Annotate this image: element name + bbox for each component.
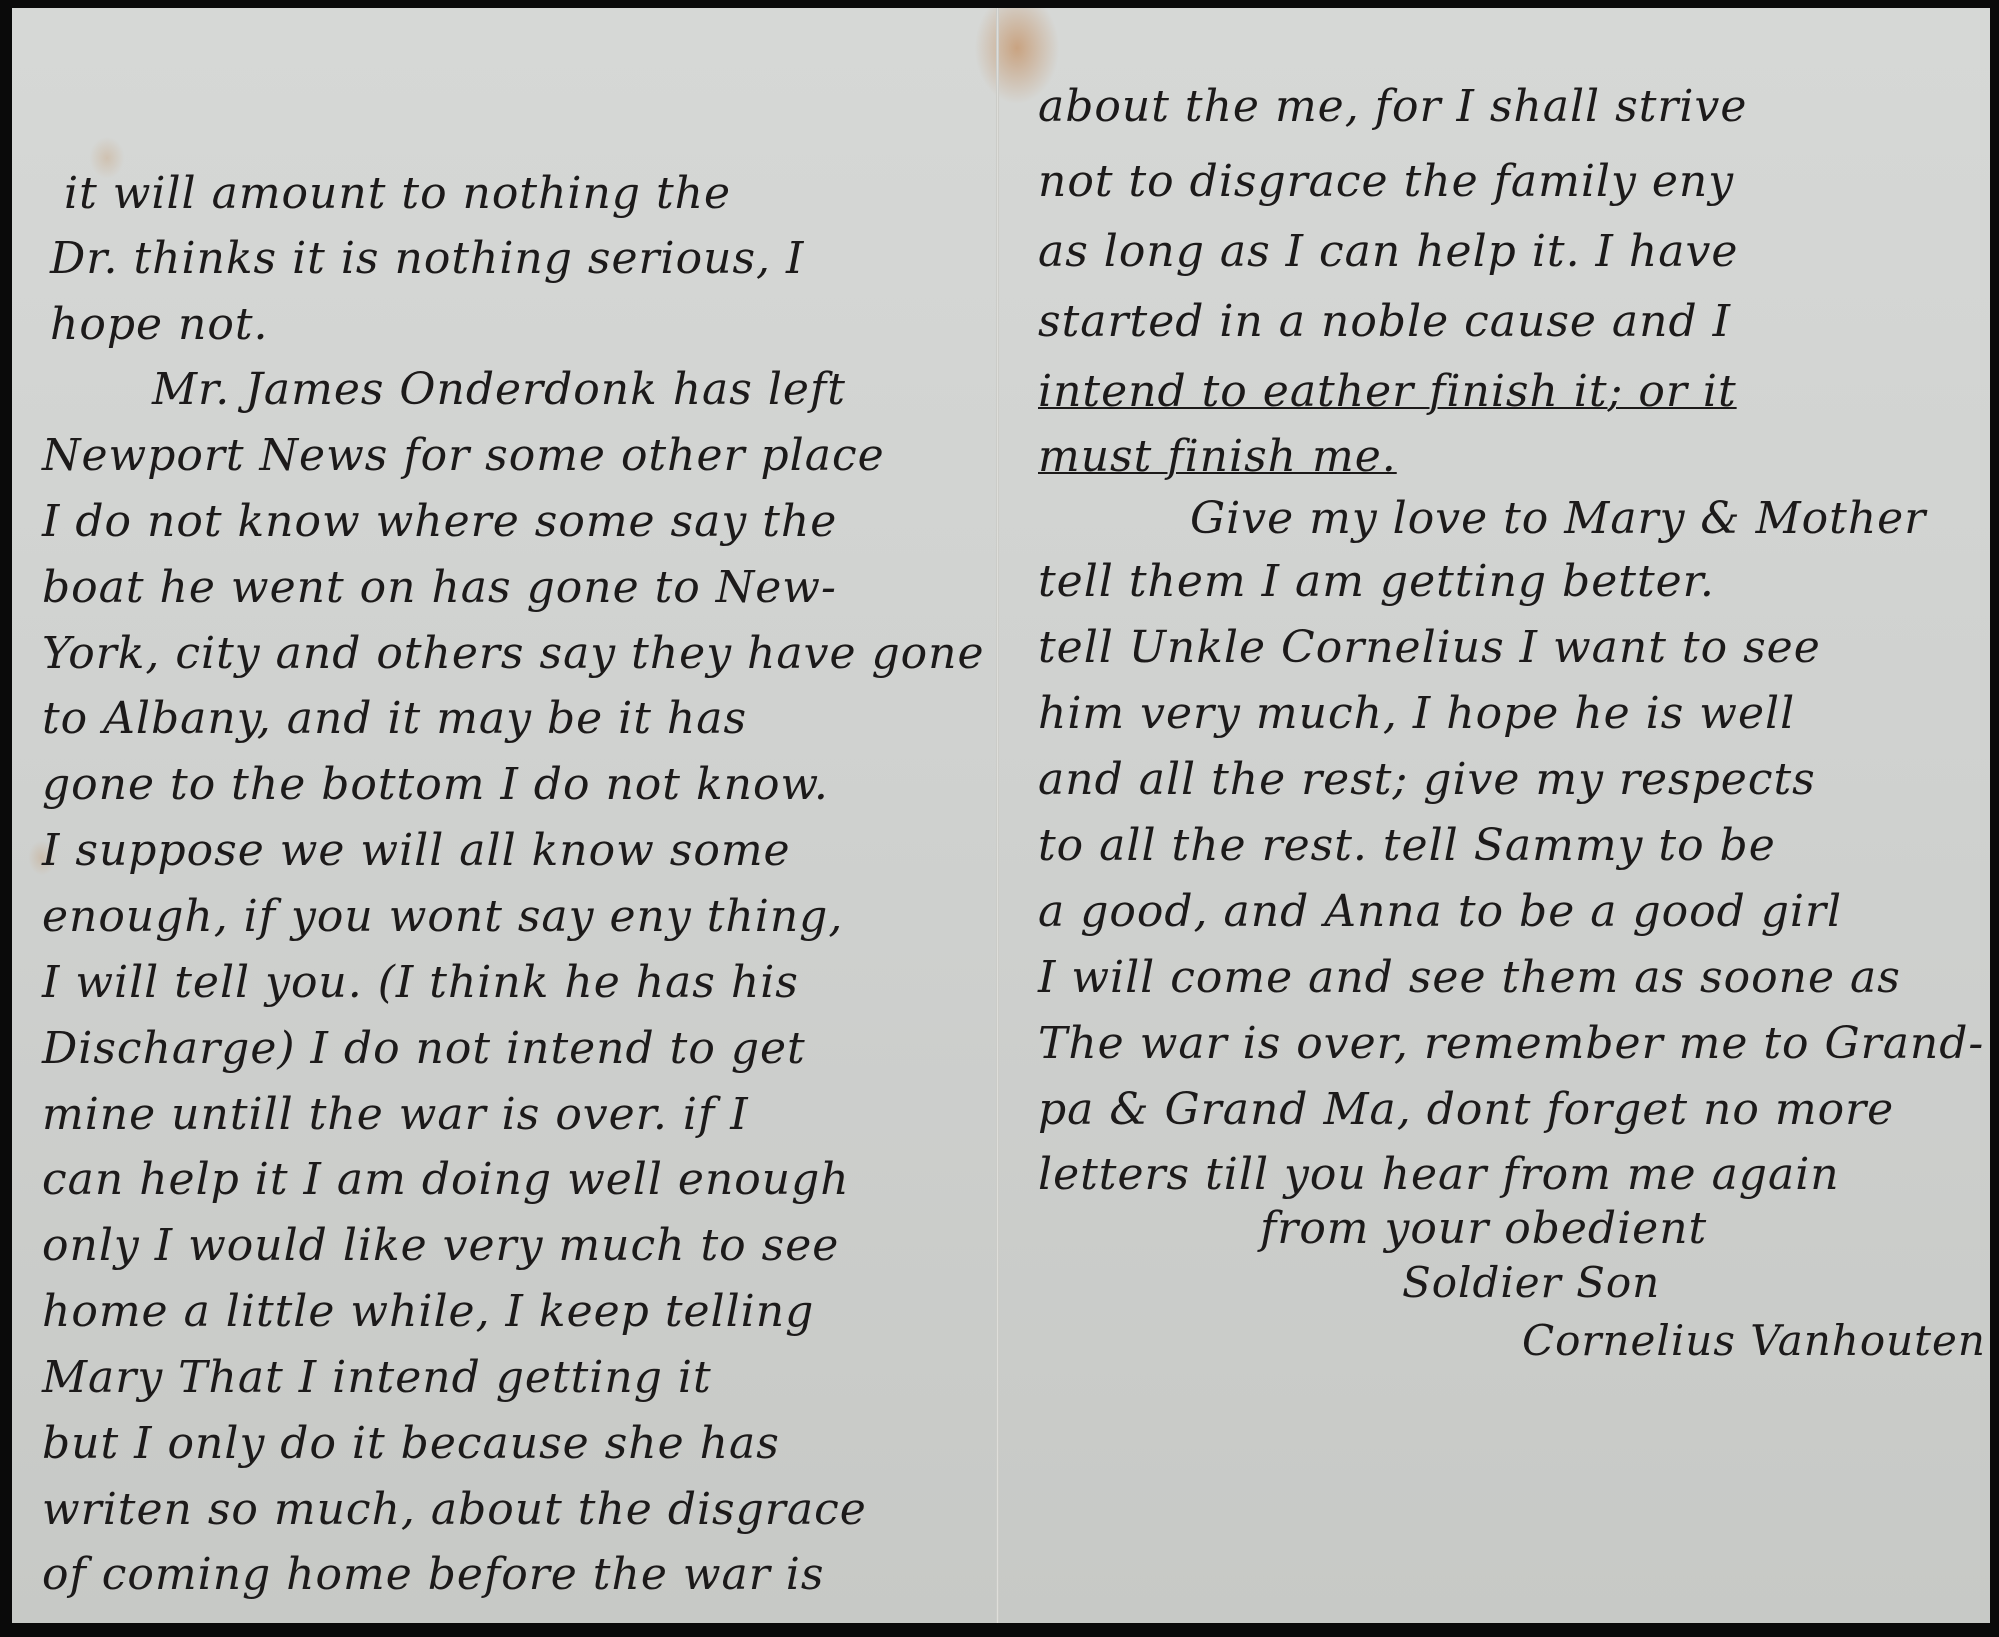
letter-line: letters till you hear from me again xyxy=(1038,1153,1840,1197)
letter-line: a good, and Anna to be a good girl xyxy=(1038,890,1842,934)
letter-line: only I would like very much to see xyxy=(42,1224,839,1268)
letter-line: about the me, for I shall strive xyxy=(1038,85,1747,129)
letter-line: Give my love to Mary & Mother xyxy=(1190,497,1926,541)
signature: Cornelius Vanhouten xyxy=(1522,1320,1986,1362)
letter-line: tell them I am getting better. xyxy=(1038,560,1715,604)
letter-line: writen so much, about the disgrace xyxy=(42,1488,867,1532)
letter-line: it will amount to nothing the xyxy=(64,172,731,216)
letter-line: I do not know where some say the xyxy=(42,500,837,544)
letter-line: can help it I am doing well enough xyxy=(42,1158,850,1202)
letter-line: I will tell you. (I think he has his xyxy=(42,961,799,1005)
letter-line: Dr. thinks it is nothing serious, I xyxy=(50,237,804,281)
letter-line: Discharge) I do not intend to get xyxy=(42,1027,806,1071)
letter-line: boat he went on has gone to New- xyxy=(42,566,837,610)
letter-line: York, city and others say they have gone xyxy=(42,632,985,676)
letter-line: pa & Grand Ma, dont forget no more xyxy=(1038,1088,1894,1132)
letter-line: but I only do it because she has xyxy=(42,1422,780,1466)
letter-line: not to disgrace the family eny xyxy=(1038,160,1734,204)
letter-line: as long as I can help it. I have xyxy=(1038,230,1738,274)
letter-line: of coming home before the war is xyxy=(42,1553,824,1597)
letter-line: him very much, I hope he is well xyxy=(1038,692,1795,736)
letter-line: Mary That I intend getting it xyxy=(42,1356,712,1400)
closing: Soldier Son xyxy=(1402,1262,1660,1304)
center-fold xyxy=(996,8,999,1623)
letter-line: to Albany, and it may be it has xyxy=(42,697,747,741)
letter-line: home a little while, I keep telling xyxy=(42,1290,814,1334)
letter-line: enough, if you wont say eny thing, xyxy=(42,895,843,939)
letter-line: tell Unkle Cornelius I want to see xyxy=(1038,626,1821,670)
letter-line: Mr. James Onderdonk has left xyxy=(152,368,846,412)
letter-line: I will come and see them as soone as xyxy=(1038,956,1901,1000)
letter-line: and all the rest; give my respects xyxy=(1038,758,1816,802)
letter-line: The war is over, remember me to Grand- xyxy=(1038,1022,1984,1066)
letter-line: mine untill the war is over. if I xyxy=(42,1093,749,1137)
letter-line-emphasis: intend to eather finish it; or it xyxy=(1038,370,1737,414)
letter-line-emphasis: must finish me. xyxy=(1038,435,1397,479)
letter-line: Newport News for some other place xyxy=(42,434,885,478)
letter-line: hope not. xyxy=(50,303,269,347)
letter-line: gone to the bottom I do not know. xyxy=(42,763,829,807)
letter-line: to all the rest. tell Sammy to be xyxy=(1038,824,1776,868)
letter-line: started in a noble cause and I xyxy=(1038,300,1731,344)
letter-line: I suppose we will all know some xyxy=(42,829,791,873)
letter-line: from your obedient xyxy=(1260,1207,1707,1251)
